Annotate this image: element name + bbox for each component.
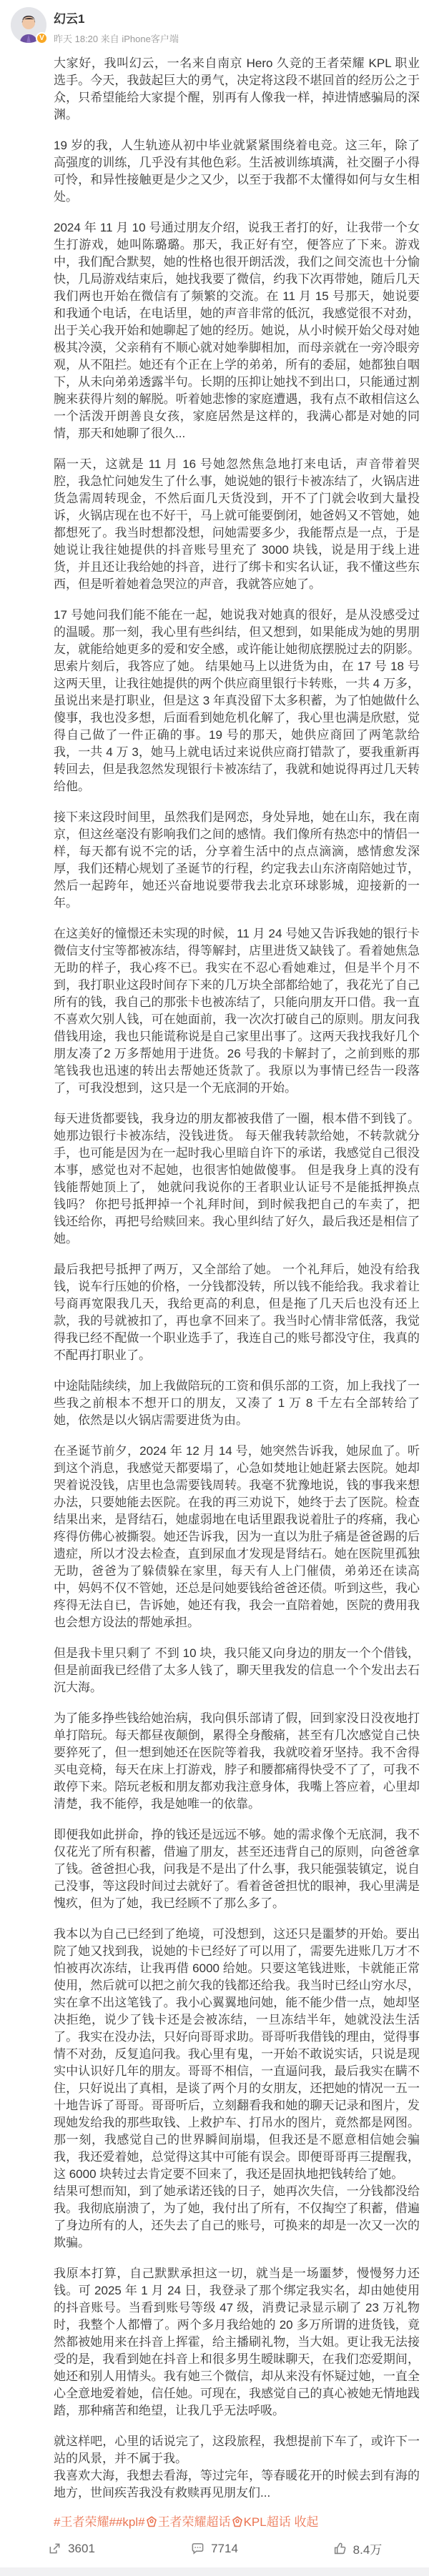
paragraph-list: 大家好，我叫幻云，一名来自南京 Hero 久竞的王者荣耀 KPL 职业选手。今天… bbox=[54, 55, 420, 2502]
supertopic-icon bbox=[146, 2516, 157, 2527]
repost-icon bbox=[48, 2542, 61, 2555]
comment-icon bbox=[191, 2542, 204, 2555]
like-count: 8.4万 bbox=[353, 2540, 383, 2557]
post-paragraph: 17 号她问我们能不能在一起，她说我对她真的很好，是从没感受过的温暖。那一刻，我… bbox=[54, 607, 420, 795]
thumbs-up-icon bbox=[333, 2542, 347, 2555]
header-text: 幻云1 昨天 18:20 来自 iPhone客户端 bbox=[54, 7, 179, 45]
post-text: 大家好，我叫幻云，一名来自南京 Hero 久竞的王者荣耀 KPL 职业选手。今天… bbox=[0, 48, 429, 2531]
post-paragraph: 但是我卡里只剩了 不到 10 块，我只能又向身边的朋友一个个借钱，但是前面我已经… bbox=[54, 1645, 420, 1696]
post-paragraph: 接下来这段时间里，虽然我们是网恋，身处异地，她在山东，我在南京，但这丝毫没有影响… bbox=[54, 809, 420, 912]
post-paragraph: 在这美好的憧憬还未实现的时候，11 月 24 号她又告诉我她的银行卡微信支付宝等… bbox=[54, 925, 420, 1097]
post-paragraph: 最后我把号抵押了两万，又全部给了她。 一个礼拜后，她没有给我钱，说车行压她的价格… bbox=[54, 1261, 420, 1364]
supertopic-link-honor-of-kings[interactable]: 王者荣耀超话 bbox=[158, 2515, 231, 2529]
comment-count: 7714 bbox=[211, 2542, 238, 2556]
supertopic-link-kpl[interactable]: KPL超话 bbox=[244, 2515, 291, 2529]
like-button[interactable]: 8.4万 bbox=[286, 2540, 429, 2557]
author-name[interactable]: 幻云1 bbox=[54, 9, 179, 26]
post-paragraph: 隔一天，这就是 11 月 16 号她忽然焦急地打来电话，声音带着哭腔，我急忙问她… bbox=[54, 456, 420, 593]
post-paragraph: 在圣诞节前夕，2024 年 12 月 14 号，她突然告诉我，她尿血了。听到这个… bbox=[54, 1443, 420, 1631]
post-paragraph: 即便我如此拼命，挣的钱还是远远不够。她的需求像个无底洞，我不仅花光了所有积蓄，借… bbox=[54, 1826, 420, 1912]
supertopic-icon bbox=[232, 2516, 243, 2527]
post-paragraph: 大家好，我叫幻云，一名来自南京 Hero 久竞的王者荣耀 KPL 职业选手。今天… bbox=[54, 55, 420, 124]
post-paragraph: 2024 年 11 月 10 号通过朋友介绍，说我王者打的好，让我带一个女生打游… bbox=[54, 219, 420, 442]
post-paragraph: 就这样吧，心里的话说完了，这段旅程，我想提前下车了，或许下一站的风景，并不属于我… bbox=[54, 2433, 420, 2502]
comment-button[interactable]: 7714 bbox=[143, 2540, 286, 2557]
repost-count: 3601 bbox=[68, 2542, 95, 2556]
post-paragraph: 每天进货都要钱，我身边的朋友都被我借了一圈，根本借不到钱了。 她那边银行卡被冻结… bbox=[54, 1110, 420, 1248]
post-paragraph: 我原本打算，自己默默承担这一切，就当是一场噩梦，慢慢努力还钱。可 2025 年 … bbox=[54, 2265, 420, 2420]
verified-badge-icon: V bbox=[36, 32, 48, 44]
post-timestamp-source: 昨天 18:20 来自 iPhone客户端 bbox=[54, 31, 179, 45]
post-action-bar: 3601 7714 8.4万 bbox=[0, 2531, 429, 2567]
post-paragraph: 19 岁的我，人生轨迹从初中毕业就紧紧围绕着电竞。这三年，除了高强度的训练，几乎… bbox=[54, 137, 420, 206]
hashtag-links[interactable]: #王者荣耀##kpl# bbox=[54, 2515, 145, 2529]
post-paragraph: 为了能多挣些钱给她治病，我向俱乐部请了假，回到家没日没夜地打单打陪玩。每天都昼夜… bbox=[54, 1710, 420, 1813]
avatar[interactable]: V bbox=[11, 7, 46, 43]
hashtag-line: #王者荣耀##kpl#王者荣耀超话KPL超话 收起 bbox=[54, 2514, 420, 2531]
weibo-post: V 幻云1 昨天 18:20 来自 iPhone客户端 大家好，我叫幻云，一名来… bbox=[0, 0, 429, 2576]
card-separator bbox=[0, 2567, 429, 2576]
repost-button[interactable]: 3601 bbox=[0, 2540, 143, 2557]
post-header: V 幻云1 昨天 18:20 来自 iPhone客户端 bbox=[0, 0, 429, 48]
post-paragraph: 中途陆陆续续，加上我做陪玩的工资和俱乐部的工资，加上我找了一些我之前根本不想开口… bbox=[54, 1378, 420, 1429]
post-paragraph: 我本以为自己已经到了绝境，可没想到，这还只是噩梦的开始。要出院了她又找到我，说她… bbox=[54, 1926, 420, 2252]
collapse-link[interactable]: 收起 bbox=[294, 2515, 318, 2529]
